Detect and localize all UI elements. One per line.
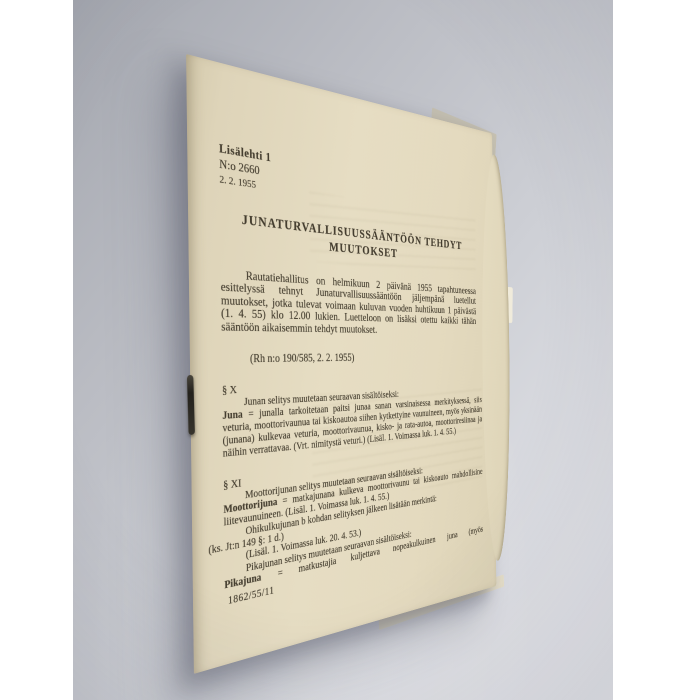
booklet-front-cover: Lisälehti 1 N:o 2660 2. 2. 1955 JUNATURV… [186,54,496,674]
cover-right-bulge [481,151,512,564]
photo-frame-left [0,0,73,700]
intro-paragraph: Rautatiehallitus on helmikuun 2 päivänä … [221,267,477,336]
cover-header: Lisälehti 1 N:o 2660 2. 2. 1955 [219,140,272,194]
booklet: Lisälehti 1 N:o 2660 2. 2. 1955 JUNATURV… [186,54,496,674]
staple [187,375,195,435]
photo-frame-right [613,0,700,700]
photo-backdrop: Lisälehti 1 N:o 2660 2. 2. 1955 JUNATURV… [73,0,613,700]
product-photo: Lisälehti 1 N:o 2660 2. 2. 1955 JUNATURV… [0,0,700,700]
section-x-term: Juna [222,409,243,422]
reference-line: (Rh n:o 190/585, 2. 2. 1955) [250,351,354,366]
